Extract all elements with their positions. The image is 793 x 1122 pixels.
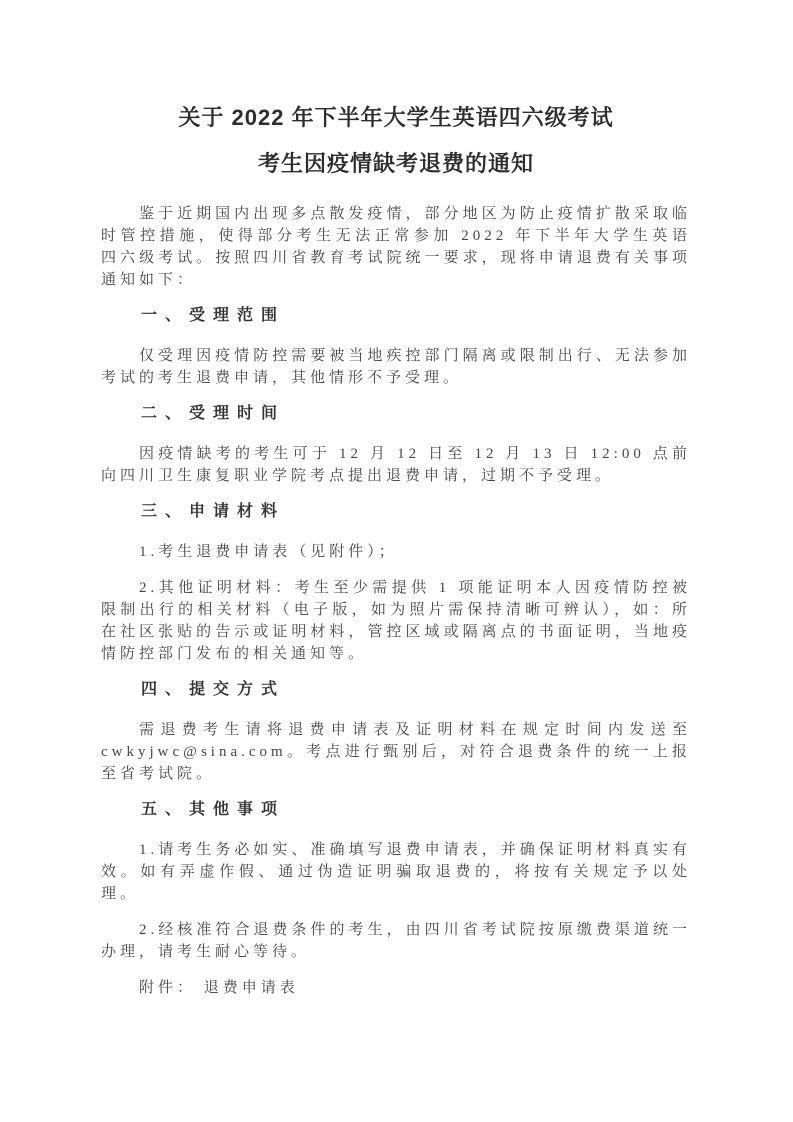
- attachment-note: 附件： 退费申请表: [101, 977, 691, 999]
- document-title-line-1: 关于 2022 年下半年大学生英语四六级考试: [101, 95, 691, 141]
- document-content: 关于 2022 年下半年大学生英语四六级考试 考生因疫情缺考退费的通知 鉴于近期…: [0, 0, 793, 999]
- section-2-heading: 二、受理时间: [101, 403, 691, 425]
- section-1-heading: 一、受理范围: [101, 305, 691, 327]
- section-4-paragraph: 需退费考生请将退费申请表及证明材料在规定时间内发送至 cwkyjwc@sina.…: [101, 719, 691, 785]
- document-title: 关于 2022 年下半年大学生英语四六级考试 考生因疫情缺考退费的通知: [101, 95, 691, 187]
- section-4-heading: 四、提交方式: [101, 679, 691, 701]
- section-3-heading: 三、申请材料: [101, 501, 691, 523]
- section-5-item-1: 1.请考生务必如实、准确填写退费申请表，并确保证明材料真实有效。如有弄虚作假、通…: [101, 839, 691, 905]
- section-3-item-2: 2.其他证明材料：考生至少需提供 1 项能证明本人因疫情防控被限制出行的相关材料…: [101, 577, 691, 665]
- intro-paragraph: 鉴于近期国内出现多点散发疫情，部分地区为防止疫情扩散采取临时管控措施，使得部分考…: [101, 203, 691, 291]
- document-page: 关于 2022 年下半年大学生英语四六级考试 考生因疫情缺考退费的通知 鉴于近期…: [0, 0, 793, 1122]
- section-1-paragraph: 仅受理因疫情防控需要被当地疾控部门隔离或限制出行、无法参加考试的考生退费申请，其…: [101, 345, 691, 389]
- section-5-heading: 五、其他事项: [101, 799, 691, 821]
- section-3-item-1: 1.考生退费申请表（见附件）；: [101, 541, 691, 563]
- section-5-item-2: 2.经核准符合退费条件的考生，由四川省考试院按原缴费渠道统一办理，请考生耐心等待…: [101, 919, 691, 963]
- document-title-line-2: 考生因疫情缺考退费的通知: [101, 141, 691, 187]
- section-2-paragraph: 因疫情缺考的考生可于 12 月 12 日至 12 月 13 日 12:00 点前…: [101, 443, 691, 487]
